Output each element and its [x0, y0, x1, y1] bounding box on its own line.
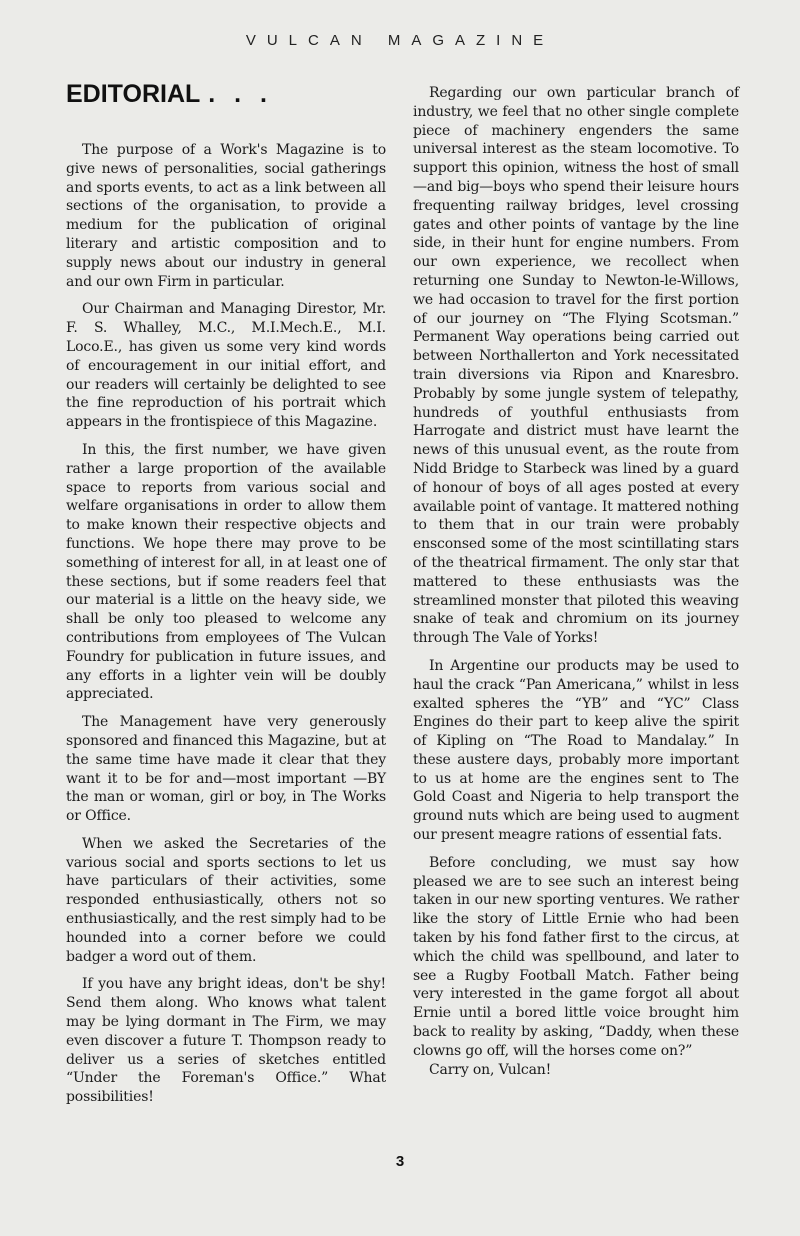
paragraph: In Argentine our products may be used to… [413, 657, 739, 845]
paragraph: The purpose of a Work's Magazine is to g… [66, 141, 386, 291]
paragraph: Regarding our own particular branch of i… [413, 84, 739, 648]
running-header: VULCAN MAGAZINE [0, 32, 800, 49]
closing-line: Carry on, Vulcan! [413, 1061, 739, 1080]
paragraph: If you have any bright ideas, don't be s… [66, 975, 386, 1107]
paragraph: Our Chairman and Managing Direstor, Mr. … [66, 300, 386, 432]
paragraph: Before concluding, we must say how pleas… [413, 854, 739, 1061]
paragraph: The Management have very generously spon… [66, 713, 386, 826]
page-number: 3 [0, 1153, 800, 1170]
paragraph: In this, the first number, we have given… [66, 441, 386, 704]
article-title-text: EDITORIAL [66, 80, 200, 108]
left-column: The purpose of a Work's Magazine is to g… [66, 141, 386, 1116]
paragraph: When we asked the Secretaries of the var… [66, 835, 386, 967]
article-title: EDITORIAL. . . [66, 80, 273, 109]
article-title-ellipsis: . . . [208, 80, 273, 108]
right-column: Regarding our own particular branch of i… [413, 84, 739, 1088]
